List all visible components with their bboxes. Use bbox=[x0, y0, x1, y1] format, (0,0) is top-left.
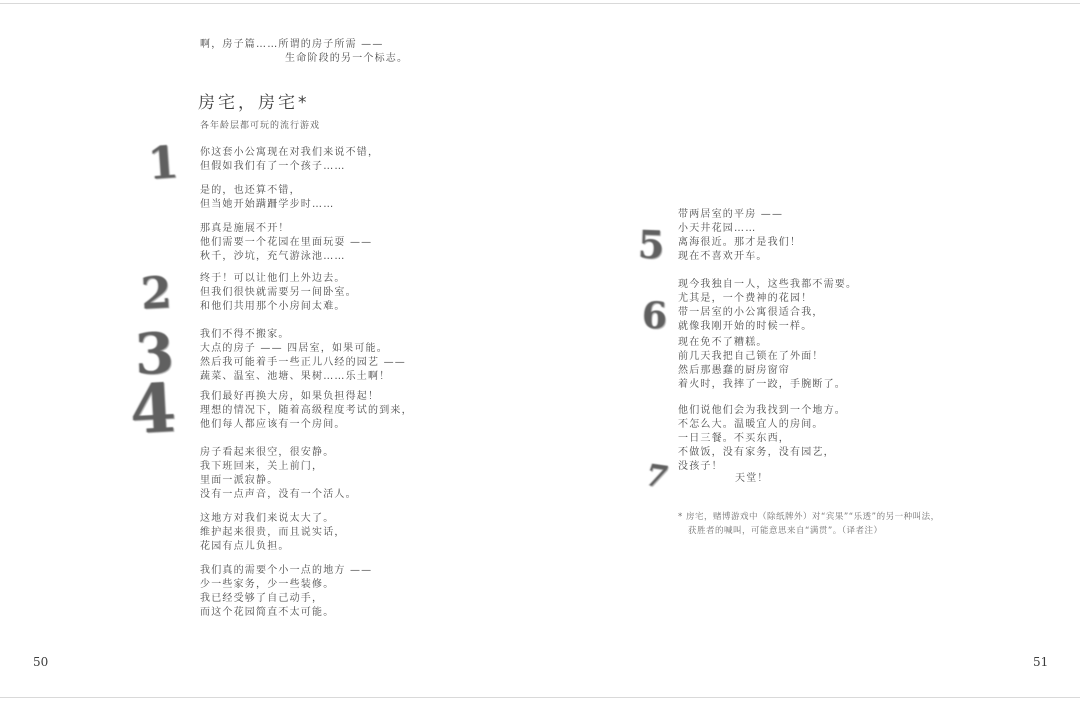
translator-footnote-line-1: * 房宅，赌博游戏中（除纸牌外）对“宾果”“乐透”的另一种叫法， bbox=[678, 510, 940, 524]
section-number-stamp-5: 5 bbox=[637, 226, 665, 265]
stanza: 他们说他们会为我找到一个地方。 不怎么大。温暖宜人的房间。 一日三餐。不买东西，… bbox=[678, 404, 846, 474]
stanza: 房子看起来很空，很安静。 我下班回来，关上前门， 里面一派寂静。 没有一点声音，… bbox=[200, 446, 357, 502]
stanza: 我们最好再换大房，如果负担得起！ 理想的情况下，随着高级程度考试的到来， 他们每… bbox=[200, 390, 413, 432]
stanza: 终于！可以让他们上外边去。 但我们很快就需要另一间卧室。 和他们共用那个小房间太… bbox=[200, 272, 357, 314]
stanza-heaven: 天堂！ bbox=[735, 472, 769, 486]
poem-subtitle: 各年龄层都可玩的流行游戏 bbox=[200, 118, 320, 131]
stanza: 我们真的需要个小一点的地方 —— 少一些家务，少一些装修。 我已经受够了自己动手… bbox=[200, 564, 372, 620]
stanza: 我们不得不搬家。 大点的房子 —— 四居室，如果可能。 然后我可能着手一些正儿八… bbox=[200, 328, 406, 384]
translator-footnote-line-2: 获胜者的喊叫，可能意思来自“满贯”。（译者注） bbox=[688, 524, 883, 538]
section-number-stamp-6: 6 bbox=[642, 298, 668, 334]
section-number-stamp-4: 4 bbox=[128, 375, 177, 443]
poem-title: 房宅，房宅* bbox=[198, 88, 310, 113]
page-top-edge bbox=[0, 3, 1080, 4]
stanza: 带两居室的平房 —— 小天井花园…… 离海很近。那才是我们！ 现在不喜欢开车。 bbox=[678, 208, 801, 264]
stanza: 这地方对我们来说太大了。 维护起来很贵，而且说实话， 花园有点儿负担。 bbox=[200, 512, 346, 554]
stanza: 你这套小公寓现在对我们来说不错， 但假如我们有了一个孩子…… bbox=[200, 146, 379, 174]
page-number-right: 51 bbox=[1033, 655, 1048, 669]
stanza: 现今我独自一人，这些我都不需要。 尤其是，一个费神的花园！ 带一居室的小公寓很适… bbox=[678, 278, 857, 334]
section-number-stamp-7: 7 bbox=[644, 461, 669, 494]
stanza: 现在免不了糟糕。 前几天我把自己锁在了外面！ 然后那愚蠢的厨房窗帘 着火时，我摔… bbox=[678, 336, 846, 392]
epigraph-line-2: 生命阶段的另一个标志。 bbox=[285, 52, 408, 66]
page-number-left: 50 bbox=[33, 655, 48, 669]
stanza: 是的，也还算不错， 但当她开始蹒跚学步时…… bbox=[200, 184, 334, 212]
page-bottom-edge bbox=[0, 697, 1080, 698]
epigraph-line-1: 啊，房子篇……所谓的房子所需 —— bbox=[200, 38, 384, 52]
section-number-stamp-2: 2 bbox=[140, 271, 173, 317]
stanza: 那真是施展不开！ 他们需要一个花园在里面玩耍 —— 秋千，沙坑，充气游泳池…… bbox=[200, 222, 372, 264]
section-number-stamp-1: 1 bbox=[147, 141, 181, 187]
